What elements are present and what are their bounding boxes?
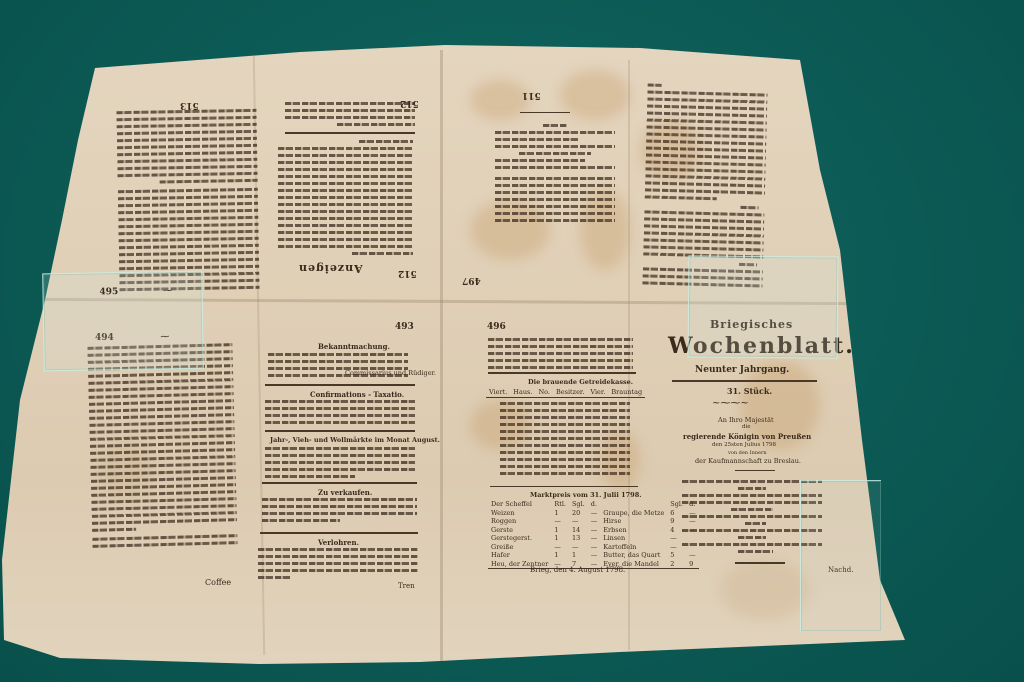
volume: Neunter Jahrgang. — [695, 365, 789, 375]
column-header: No. — [535, 388, 553, 397]
signature: Commissarius und Rüdiger. — [345, 369, 436, 377]
table-row: Gerstegerst.113—Linsen— — [488, 534, 699, 543]
ornament: ⁓ — [160, 332, 169, 342]
divider — [260, 532, 418, 534]
column-header: Viert. — [486, 388, 510, 397]
issue-number: 31. Stück. — [727, 386, 772, 396]
bekanntmachung-title: Bekanntmachung. — [318, 342, 390, 351]
table-body — [500, 402, 630, 479]
divider — [285, 132, 415, 134]
left-glass-plate: 495 ⁓ ⁓ — [42, 271, 204, 372]
table-row: Roggen———Hirse9— — [488, 517, 699, 526]
table-row: Hafer11—Butter, das Quart5— — [488, 551, 699, 560]
for-sale-title: Zu verkaufen. — [318, 488, 372, 497]
dedication-line: An Ihro Majestät — [718, 416, 774, 424]
text-block — [265, 400, 415, 428]
table-row: Weizen120—Graupe, die Metze6— — [488, 509, 699, 518]
page-number: 513 — [180, 100, 199, 110]
text-block — [278, 140, 413, 259]
center-fold — [440, 50, 443, 662]
text-block — [488, 338, 633, 373]
newspaper-sheet: 513 512 Anzeigen 512 511 497 — [0, 0, 1024, 682]
market-price-title: Marktpreis vom 31. Julii 1798. — [530, 491, 641, 499]
markets-title: Jahr-, Vieh- und Wollmärkte im Monat Aug… — [270, 436, 440, 444]
catchword: Coffee — [205, 578, 231, 587]
text-block — [116, 109, 259, 295]
text-block — [87, 343, 237, 552]
bread-table: Viert. Haus. No. Besitzer. Vier. Braunta… — [486, 388, 645, 398]
bread-table-title: Die brauende Getreidekasse. — [528, 378, 633, 386]
market-price-table: Der Scheffel Rtl. Sgl. d. Sgl. d. Weizen… — [488, 500, 699, 569]
column-header: Der Scheffel — [488, 500, 551, 509]
page-number: 497 — [462, 275, 481, 285]
column-header: Haus. — [510, 388, 535, 397]
poem-block — [495, 124, 615, 226]
text-block — [258, 548, 418, 583]
page-number: 496 — [487, 322, 506, 332]
dedication-line: von den Innern — [728, 450, 767, 456]
table-row: Gerste114—Erbsen4— — [488, 526, 699, 535]
lost-title: Verlohren. — [318, 538, 359, 547]
divider — [265, 384, 415, 386]
dedication-line: regierende Königin von Preußen — [683, 432, 811, 441]
ornament: ⁓ — [163, 286, 172, 296]
column-header: Brauntag — [608, 388, 645, 397]
text-block — [262, 498, 417, 526]
column-header — [600, 500, 667, 509]
stain — [560, 70, 630, 120]
column-header: Vier. — [587, 388, 608, 397]
confirmations-title: Confirmations - Taxatio. — [310, 390, 404, 399]
glass-plate-edge — [800, 480, 881, 631]
page-number: 512 — [398, 268, 417, 278]
divider — [265, 430, 415, 432]
dedication-line: den 25sten Julius 1798 — [712, 442, 776, 448]
catchword: Tren — [398, 582, 415, 590]
text-block — [285, 102, 415, 130]
page-number: 511 — [522, 90, 541, 100]
section-header-anzeigen: Anzeigen — [298, 262, 363, 275]
divider — [488, 372, 636, 374]
stain — [470, 80, 530, 120]
column-header: Besitzer. — [553, 388, 587, 397]
column-header: Rtl. — [551, 500, 569, 509]
dedication-line: die — [742, 424, 751, 430]
dedication-line: der Kaufmannschaft zu Breslau. — [695, 457, 801, 465]
ornament: ~⁓⁓~ — [712, 398, 749, 409]
divider — [735, 470, 775, 471]
page-number: 495 — [99, 287, 118, 297]
divider — [490, 486, 638, 487]
page-number: 493 — [395, 322, 414, 332]
divider — [735, 562, 785, 564]
divider — [520, 112, 570, 113]
date-line: Brieg, den 4. August 1798. — [530, 566, 625, 574]
column-header: Sgl. — [569, 500, 588, 509]
column-header: d. — [588, 500, 601, 509]
divider — [672, 380, 817, 382]
table-row: Greiße———Kartoffeln— — [488, 543, 699, 552]
right-glass-plate — [688, 255, 839, 358]
divider — [262, 482, 417, 484]
text-block — [265, 447, 415, 482]
stain — [720, 560, 810, 620]
